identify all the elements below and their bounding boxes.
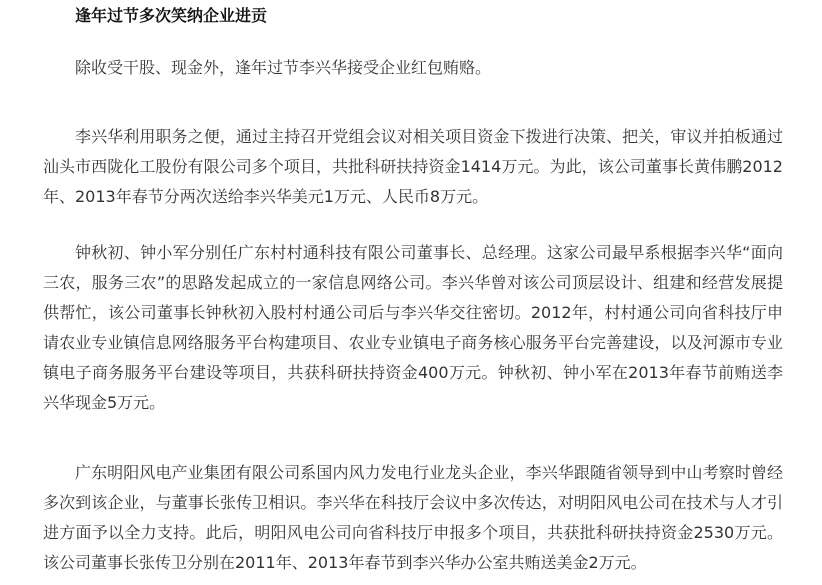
paragraph-4: 广东明阳风电产业集团有限公司系国内风力发电行业龙头企业，李兴华跟随省领导到中山考… [43, 458, 783, 578]
paragraph-1: 除收受干股、现金外，逢年过节李兴华接受企业红包贿赂。 [43, 53, 783, 83]
paragraph-3: 钟秋初、钟小军分别任广东村村通科技有限公司董事长、总经理。这家公司最早系根据李兴… [43, 238, 783, 418]
section-heading: 逢年过节多次笑纳企业进贡 [75, 4, 267, 28]
paragraph-2: 李兴华利用职务之便，通过主持召开党组会议对相关项目资金下拨进行决策、把关，审议并… [43, 122, 783, 212]
